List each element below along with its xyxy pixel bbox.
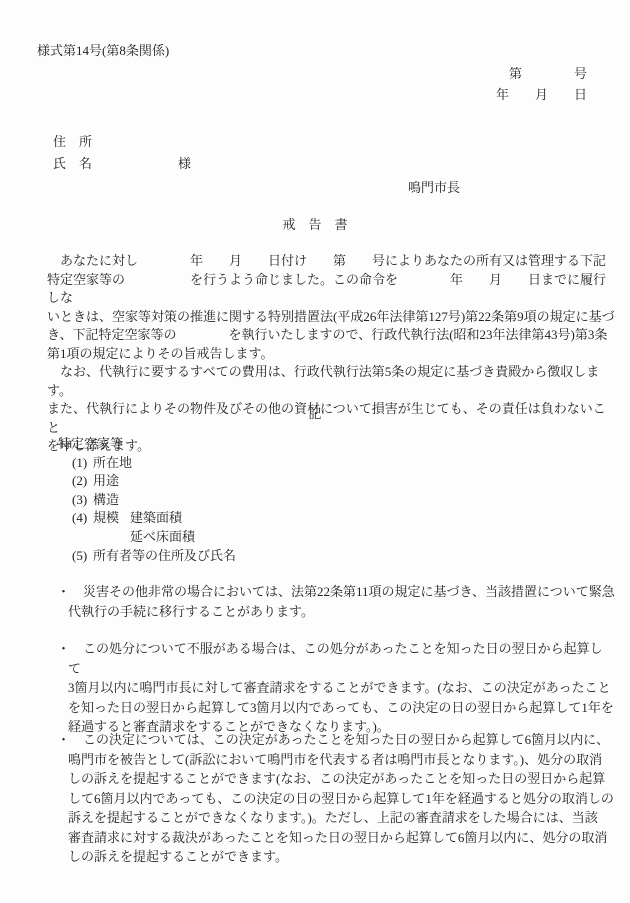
subject-item-structure: (3)構造	[47, 491, 236, 510]
document-page: 様式第14号(第8条関係) 第 号 年 月 日 住 所 氏 名様 鳴門市長 戒 …	[0, 0, 630, 903]
item-label: 所有者等の住所及び氏名	[93, 548, 236, 563]
doc-number-date-block: 第 号 年 月 日	[496, 63, 587, 105]
subject-item-owner: (5)所有者等の住所及び氏名	[47, 547, 236, 566]
honorific-label: 様	[178, 153, 191, 175]
item-label: 用途	[93, 473, 119, 488]
name-row: 氏 名様	[53, 153, 191, 175]
body-text-block: あなたに対し 年 月 日付け 第 号によりあなたの所有又は管理する下記 特定空家…	[47, 252, 615, 456]
body-paragraph-1: あなたに対し 年 月 日付け 第 号によりあなたの所有又は管理する下記 特定空家…	[47, 252, 615, 363]
date-line: 年 月 日	[496, 84, 587, 105]
note-text: 災害その他非常の場合においては、法第22条第11項の規定に基づき、当該措置につい…	[68, 584, 615, 619]
subject-item-location: (1)所在地	[47, 454, 236, 473]
total-floor-area-label: 延べ床面積	[47, 528, 236, 547]
subject-item-use: (2)用途	[47, 472, 236, 491]
document-title: 戒 告 書	[0, 216, 630, 234]
item-label: 規模	[93, 509, 130, 528]
specified-vacant-house-section: 特定空家等 (1)所在地 (2)用途 (3)構造 (4)規模建築面積 延べ床面積…	[47, 435, 236, 565]
bullet-marker: ・	[57, 639, 70, 659]
name-label: 氏 名	[53, 156, 92, 171]
item-number: (4)	[72, 509, 93, 528]
sender-title: 鳴門市長	[408, 179, 460, 197]
note-review-request: ・ この処分について不服がある場合は、この処分があったことを知った日の翌日から起…	[0, 639, 630, 737]
item-label: 所在地	[93, 455, 132, 470]
form-number-label: 様式第14号(第8条関係)	[37, 42, 169, 60]
item-number: (1)	[72, 454, 93, 473]
item-number: (5)	[72, 547, 93, 566]
note-emergency-execution: ・ 災害その他非常の場合においては、法第22条第11項の規定に基づき、当該措置に…	[0, 582, 630, 621]
note-text: この決定については、この決定があったことを知った日の翌日から起算して6箇月以内に…	[68, 732, 614, 864]
ki-heading: 記	[0, 405, 630, 423]
note-text: この処分について不服がある場合は、この処分があったことを知った日の翌日から起算し…	[68, 641, 614, 734]
item-label: 構造	[93, 492, 119, 507]
item-number: (3)	[72, 491, 93, 510]
doc-number-line: 第 号	[496, 63, 587, 84]
item-number: (2)	[72, 472, 93, 491]
bullet-marker: ・	[57, 582, 70, 602]
addressee-block: 住 所 氏 名様	[53, 131, 191, 175]
bullet-marker: ・	[57, 730, 70, 750]
note-lawsuit: ・ この決定については、この決定があったことを知った日の翌日から起算して6箇月以…	[0, 730, 630, 867]
building-area-label: 建築面積	[130, 510, 182, 525]
subject-heading: 特定空家等	[47, 435, 236, 454]
subject-item-scale: (4)規模建築面積	[47, 509, 236, 528]
address-label: 住 所	[53, 131, 191, 153]
